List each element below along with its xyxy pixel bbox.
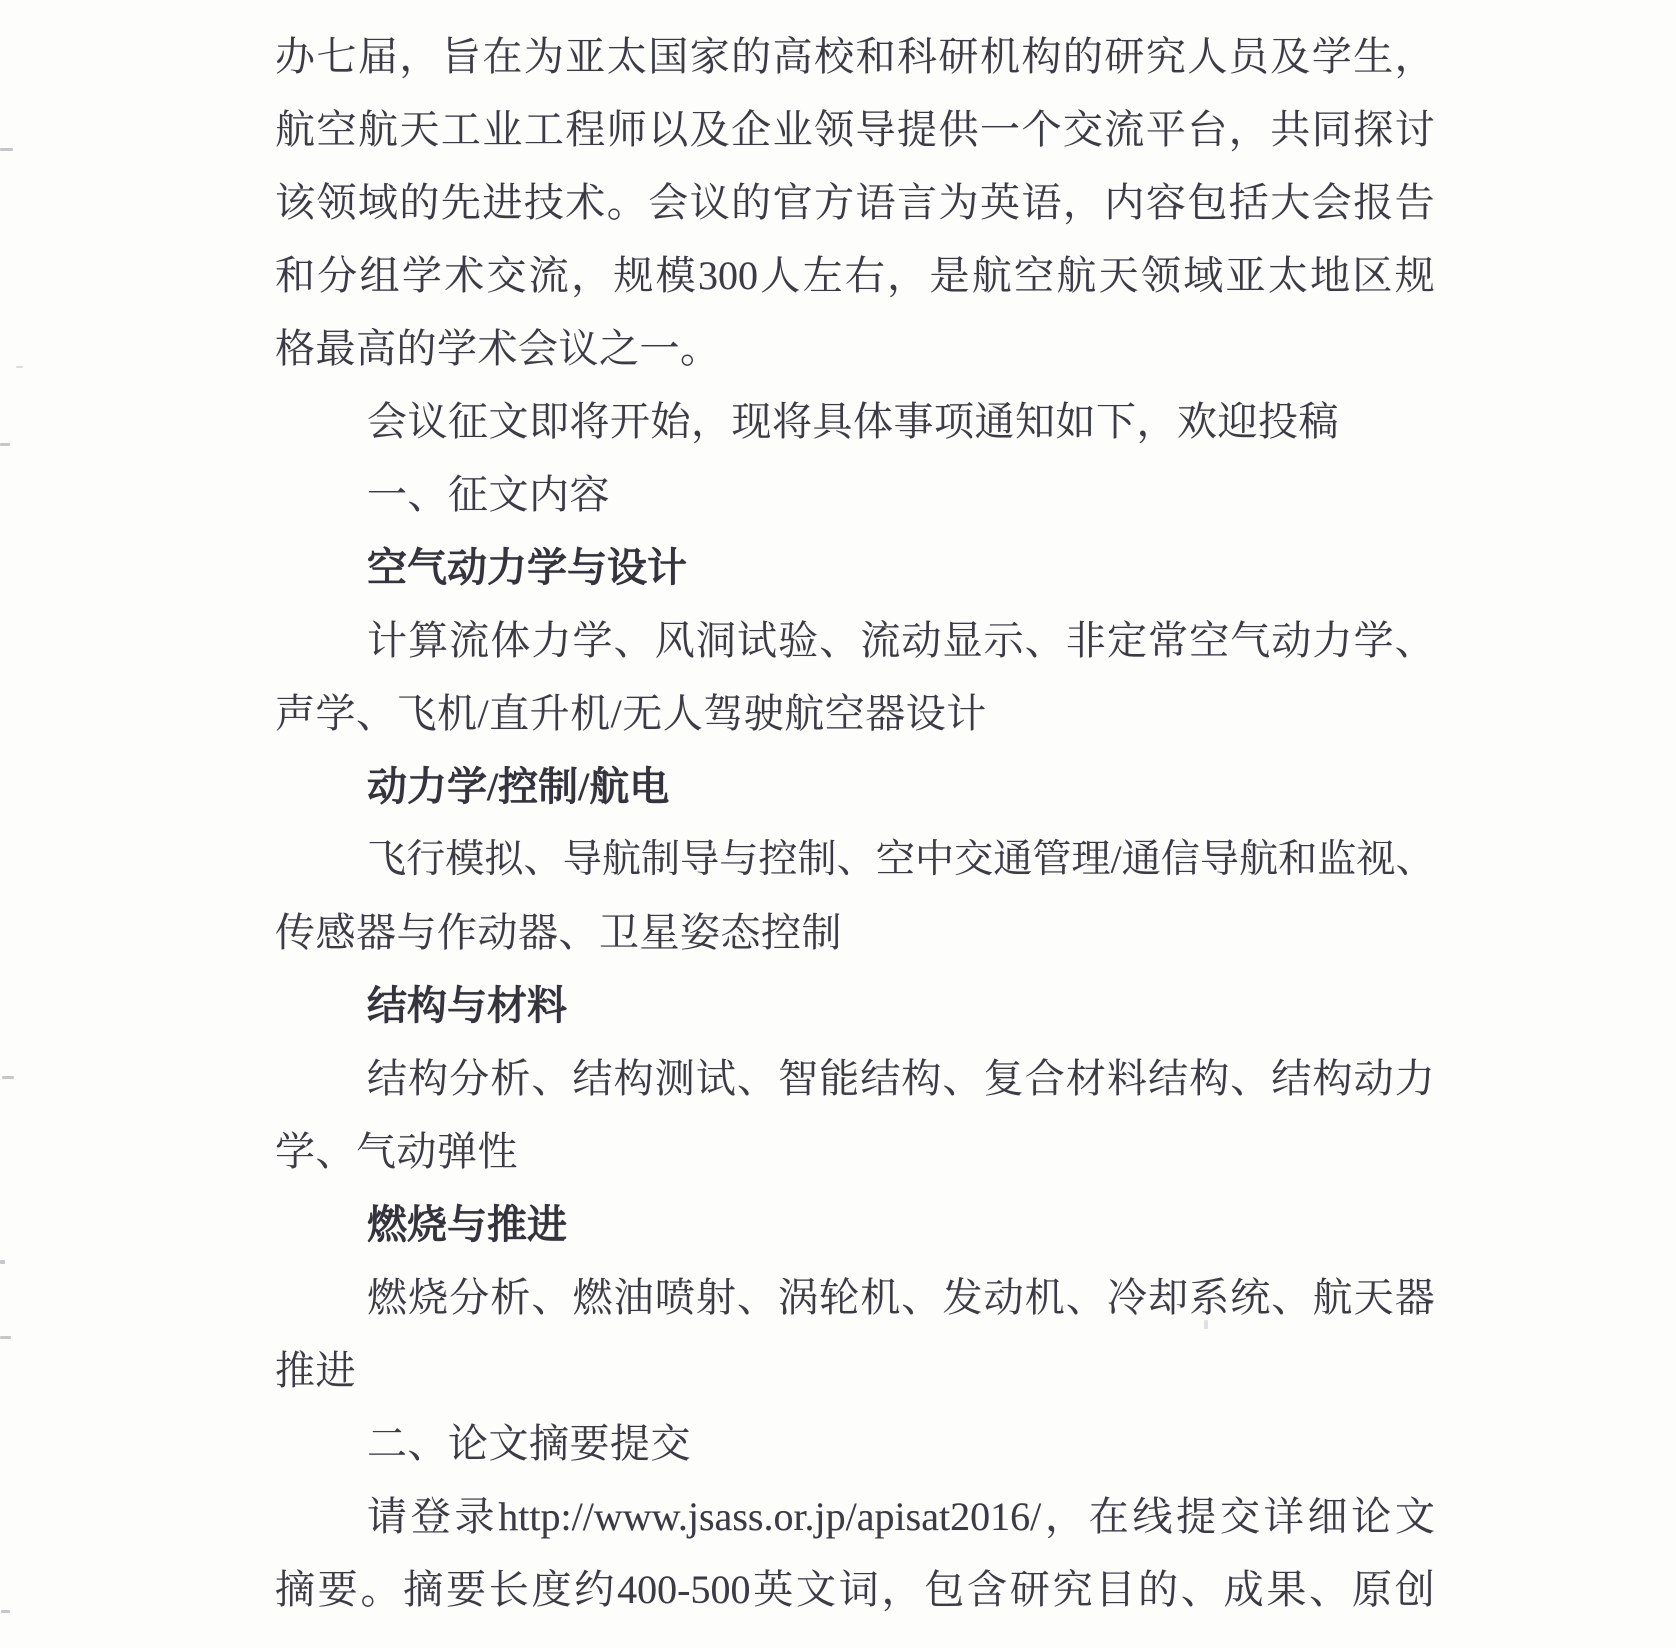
document-line: 格最高的学术会议之一。	[275, 312, 1435, 385]
document-line: 二、论文摘要提交	[275, 1407, 1435, 1480]
scan-artifact	[0, 443, 10, 446]
document-line: 请登录http://www.jsass.or.jp/apisat2016/，在线…	[275, 1480, 1435, 1553]
scan-artifact	[0, 1260, 5, 1264]
document-line: 办七届，旨在为亚太国家的高校和科研机构的研究人员及学生，	[275, 20, 1435, 93]
document-line: 声学、飞机/直升机/无人驾驶航空器设计	[275, 677, 1435, 750]
scan-artifact	[0, 148, 13, 151]
document-line: 燃烧与推进	[275, 1188, 1435, 1261]
scan-artifact	[1, 1610, 10, 1613]
scan-artifact	[0, 1336, 11, 1339]
document-line: 推进	[275, 1334, 1435, 1407]
document-line: 计算流体力学、风洞试验、流动显示、非定常空气动力学、	[275, 604, 1435, 677]
document-line: 结构与材料	[275, 969, 1435, 1042]
scan-artifact	[2, 1076, 14, 1079]
document-line: 和分组学术交流，规模300人左右，是航空航天领域亚太地区规	[275, 239, 1435, 312]
document-line: 飞行模拟、导航制导与控制、空中交通管理/通信导航和监视、	[275, 823, 1435, 896]
document-line: 燃烧分析、燃油喷射、涡轮机、发动机、冷却系统、航天器	[275, 1261, 1435, 1334]
scanned-document-page: 办七届，旨在为亚太国家的高校和科研机构的研究人员及学生，航空航天工业工程师以及企…	[0, 0, 1676, 1648]
document-line: 摘要。摘要长度约400-500英文词，包含研究目的、成果、原创	[275, 1553, 1435, 1626]
document-line: 动力学/控制/航电	[275, 750, 1435, 823]
document-line: 会议征文即将开始，现将具体事项通知如下，欢迎投稿	[275, 385, 1435, 458]
document-line: 一、征文内容	[275, 458, 1435, 531]
document-line: 航空航天工业工程师以及企业领导提供一个交流平台，共同探讨	[275, 93, 1435, 166]
document-text-block: 办七届，旨在为亚太国家的高校和科研机构的研究人员及学生，航空航天工业工程师以及企…	[275, 0, 1435, 1626]
document-line: 结构分析、结构测试、智能结构、复合材料结构、结构动力	[275, 1042, 1435, 1115]
document-line: 传感器与作动器、卫星姿态控制	[275, 896, 1435, 969]
document-line: 学、气动弹性	[275, 1115, 1435, 1188]
scan-artifact	[16, 366, 23, 368]
document-line: 空气动力学与设计	[275, 531, 1435, 604]
document-line: 该领域的先进技术。会议的官方语言为英语，内容包括大会报告	[275, 166, 1435, 239]
